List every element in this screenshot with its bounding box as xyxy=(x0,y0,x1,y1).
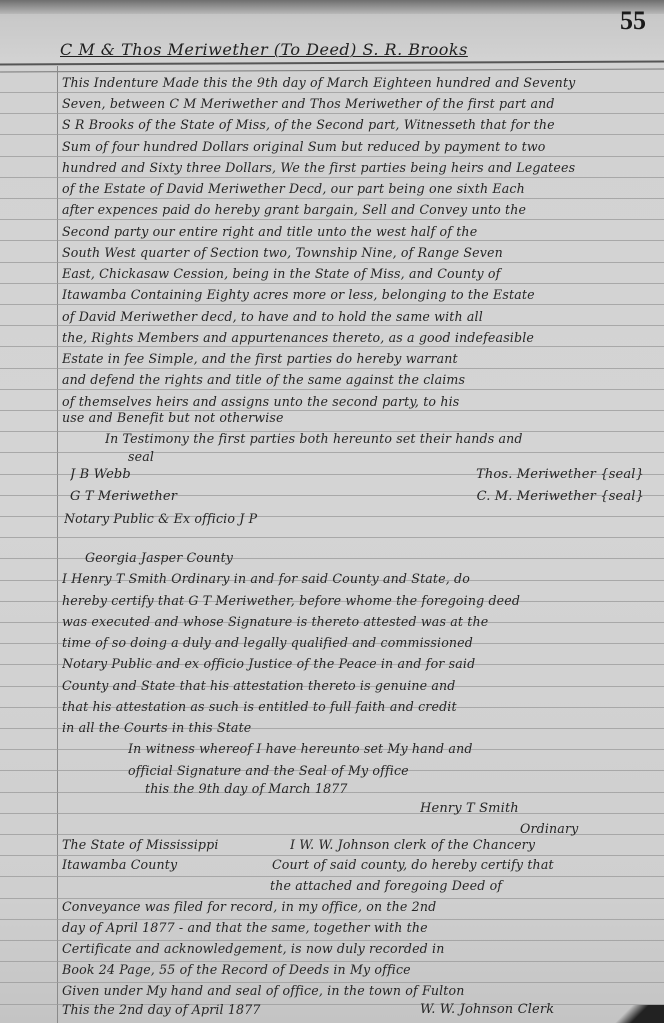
record-line: Given under My hand and seal of office, … xyxy=(62,984,648,998)
deed-line: of the Estate of David Meriwether Decd, … xyxy=(62,182,648,196)
page-corner-shadow xyxy=(600,1005,664,1023)
ruling-line xyxy=(0,961,664,962)
ruling-line xyxy=(0,262,664,263)
ruling-line xyxy=(0,898,664,899)
witness-line: official Signature and the Seal of My of… xyxy=(128,764,648,778)
deed-line: Sum of four hundred Dollars original Sum… xyxy=(62,140,648,154)
testimony-seal: seal xyxy=(128,450,648,464)
ledger-page: 55 C M & Thos Meriwether (To Deed) S. R.… xyxy=(0,0,664,1023)
grantor-signature: Thos. Meriwether {seal} xyxy=(476,468,644,482)
ruling-line xyxy=(0,325,664,326)
deed-line: Second party our entire right and title … xyxy=(62,225,648,239)
deed-line: Estate in fee Simple, and the first part… xyxy=(62,352,648,366)
ruling-line xyxy=(0,240,664,241)
ruling-line xyxy=(0,389,664,390)
certificate-line: time of so doing a duly and legally qual… xyxy=(62,636,648,650)
ruling-line xyxy=(0,304,664,305)
testimony-line: In Testimony the first parties both here… xyxy=(105,432,648,446)
ruling-line xyxy=(0,92,664,93)
ruling-line xyxy=(0,982,664,983)
header-double-rule xyxy=(0,61,664,73)
ruling-line xyxy=(0,876,664,877)
ruling-line xyxy=(0,113,664,114)
page-top-shadow xyxy=(0,0,664,14)
deed-line: South West quarter of Section two, Towns… xyxy=(62,246,648,260)
deed-line: use and Benefit but not otherwise xyxy=(62,411,648,425)
deed-line: of David Meriwether decd, to have and to… xyxy=(62,310,648,324)
ruling-line xyxy=(0,919,664,920)
deed-line: S R Brooks of the State of Miss, of the … xyxy=(62,118,648,132)
ruling-line xyxy=(0,368,664,369)
deed-line: of themselves heirs and assigns unto the… xyxy=(62,395,648,409)
ruling-line xyxy=(0,855,664,856)
certificate-line: was executed and whose Signature is ther… xyxy=(62,615,648,629)
deed-header-title: C M & Thos Meriwether (To Deed) S. R. Br… xyxy=(60,40,468,59)
witness-date: this the 9th day of March 1877 xyxy=(145,782,648,796)
ruling-line xyxy=(0,537,664,538)
ruling-line xyxy=(0,156,664,157)
deed-line: This Indenture Made this the 9th day of … xyxy=(62,76,648,90)
ruling-line xyxy=(0,940,664,941)
deed-line: Itawamba Containing Eighty acres more or… xyxy=(62,288,648,302)
ruling-line xyxy=(0,283,664,284)
certificate-line: in all the Courts in this State xyxy=(62,721,648,735)
page-number: 55 xyxy=(620,6,646,36)
certificate-line: I Henry T Smith Ordinary in and for said… xyxy=(62,572,648,586)
deed-line: the, Rights Members and appurtenances th… xyxy=(62,331,648,345)
record-line: Certificate and acknowledgement, is now … xyxy=(62,942,648,956)
ruling-line xyxy=(0,346,664,347)
certificate-line: County and State that his attestation th… xyxy=(62,679,648,693)
witness-title: Notary Public & Ex officio J P xyxy=(64,512,648,526)
ruling-line xyxy=(0,177,664,178)
ruling-line xyxy=(0,219,664,220)
ruling-line xyxy=(0,134,664,135)
ordinary-signature: Henry T Smith xyxy=(420,802,648,816)
deed-line: Seven, between C M Meriwether and Thos M… xyxy=(62,97,648,111)
certificate-line: that his attestation as such is entitled… xyxy=(62,700,648,714)
clerk-line: I W. W. Johnson clerk of the Chancery xyxy=(290,838,648,852)
clerk-line: the attached and foregoing Deed of xyxy=(270,879,648,893)
deed-line: hundred and Sixty three Dollars, We the … xyxy=(62,161,648,175)
record-line: Conveyance was filed for record, in my o… xyxy=(62,900,648,914)
record-line: Book 24 Page, 55 of the Record of Deeds … xyxy=(62,963,648,977)
certificate-line: hereby certify that G T Meriwether, befo… xyxy=(62,594,648,608)
deed-line: after expences paid do hereby grant barg… xyxy=(62,203,648,217)
grantor-signature: C. M. Meriwether {seal} xyxy=(477,490,644,504)
witness-line: In witness whereof I have hereunto set M… xyxy=(128,742,648,756)
record-line: day of April 1877 - and that the same, t… xyxy=(62,921,648,935)
ruling-line xyxy=(0,198,664,199)
deed-line: and defend the rights and title of the s… xyxy=(62,373,648,387)
certificate-line: Notary Public and ex officio Justice of … xyxy=(62,657,648,671)
certificate-heading: Georgia Jasper County xyxy=(85,551,648,565)
ordinary-title: Ordinary xyxy=(520,822,648,836)
deed-line: East, Chickasaw Cession, being in the St… xyxy=(62,267,648,281)
clerk-line: Court of said county, do hereby certify … xyxy=(272,858,648,872)
margin-line xyxy=(57,66,58,1023)
